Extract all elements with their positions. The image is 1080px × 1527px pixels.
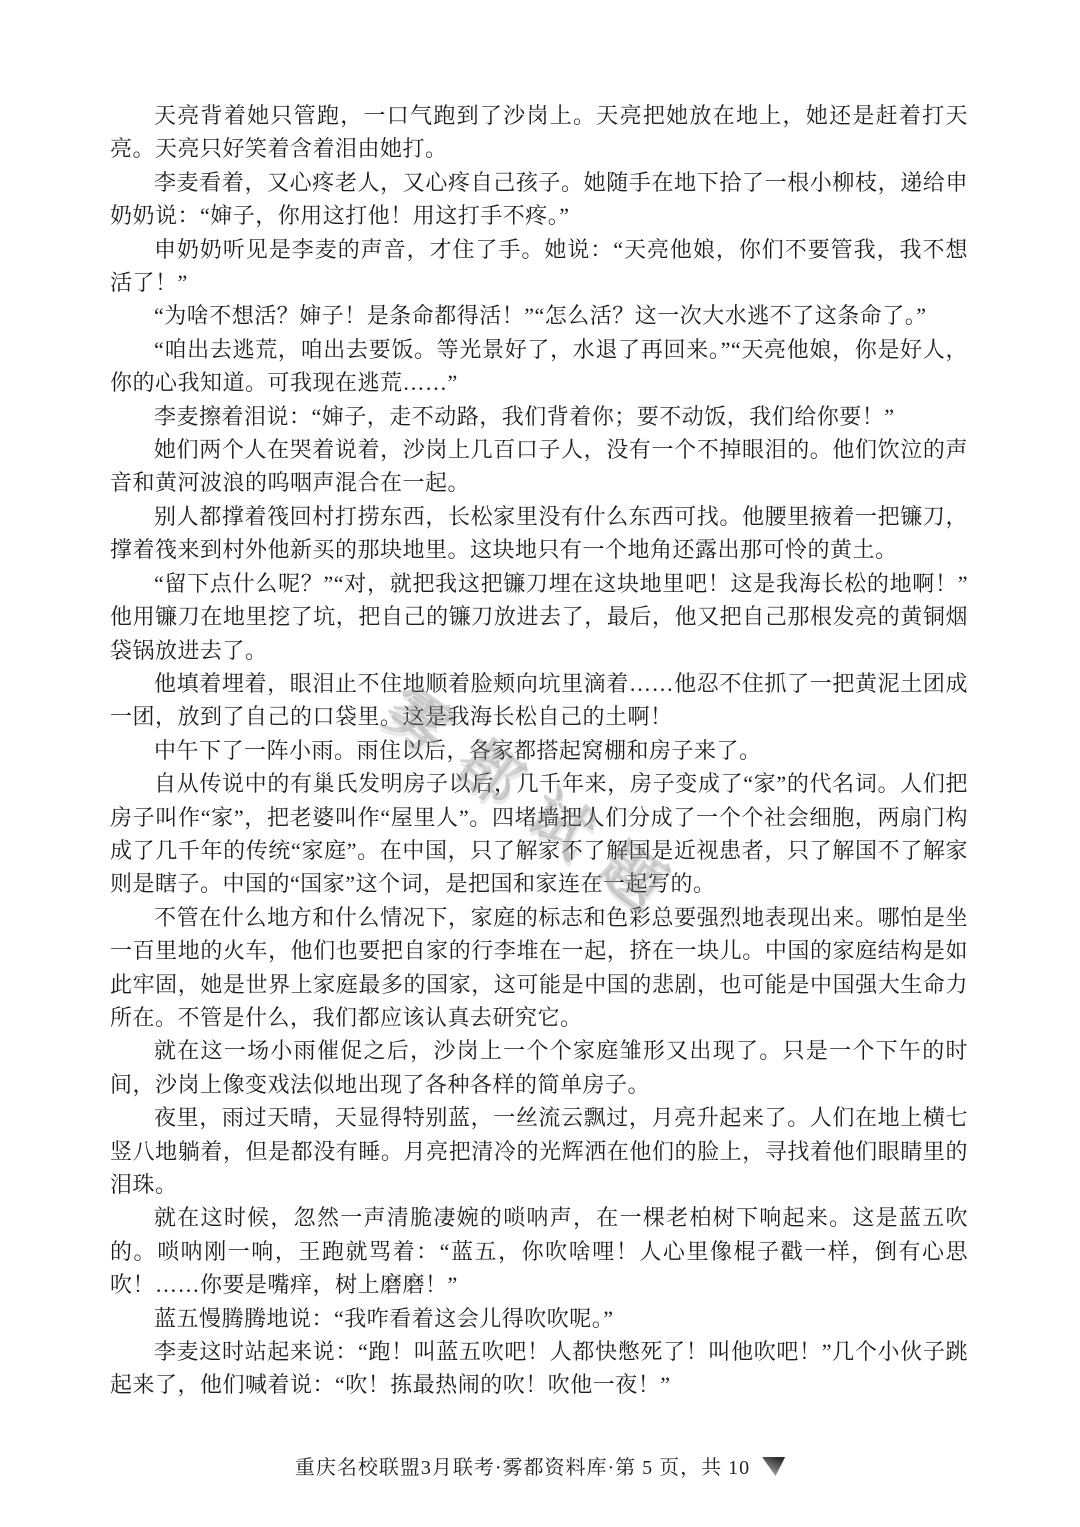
reading-passage: 天亮背着她只管跑，一口气跑到了沙岗上。天亮把她放在地上，她还是赶着打天亮。天亮只… <box>110 99 968 1402</box>
paragraph: 自从传说中的有巢氏发明房子以后，几千年来，房子变成了“家”的代名词。人们把房子叫… <box>110 767 968 901</box>
paragraph: 不管在什么地方和什么情况下，家庭的标志和色彩总要强烈地表现出来。哪怕是坐一百里地… <box>110 901 968 1035</box>
paragraph: 她们两个人在哭着说着，沙岗上几百口子人，没有一个不掉眼泪的。他们饮泣的声音和黄河… <box>110 433 968 500</box>
footer-text: 重庆名校联盟3月联考·雾都资料库·第 5 页，共 10 <box>295 1457 750 1479</box>
page-footer: 重庆名校联盟3月联考·雾都资料库·第 5 页，共 10 <box>0 1451 1080 1480</box>
paragraph: 夜里，雨过天晴，天显得特别蓝，一丝流云飘过，月亮升起来了。人们在地上横七竖八地躺… <box>110 1101 968 1201</box>
paragraph: 就在这一场小雨催促之后，沙岗上一个个家庭雏形又出现了。只是一个下午的时间，沙岗上… <box>110 1034 968 1101</box>
paragraph: 蓝五慢腾腾地说：“我咋看着这会儿得吹吹呢。” <box>110 1302 968 1335</box>
paragraph: “留下点什么呢？”“对，就把我这把镰刀埋在这块地里吧！这是我海长松的地啊！”他用… <box>110 567 968 667</box>
paragraph: 李麦看着，又心疼老人，又心疼自己孩子。她随手在地下拾了一根小柳枝，递给申奶奶说：… <box>110 166 968 233</box>
paragraph: 中午下了一阵小雨。雨住以后，各家都搭起窝棚和房子来了。 <box>110 734 968 767</box>
paragraph: 别人都撑着筏回村打捞东西，长松家里没有什么东西可找。他腰里掖着一把镰刀，撑着筏来… <box>110 500 968 567</box>
paragraph: 他填着埋着，眼泪止不住地顺着脸颊向坑里滴着……他忍不住抓了一把黄泥土团成一团，放… <box>110 667 968 734</box>
page-curl-icon <box>762 1457 785 1476</box>
paragraph: “为啥不想活？婶子！是条命都得活！”“怎么活？这一次大水逃不了这条命了。” <box>110 299 968 332</box>
exam-page: 雾都试题 天亮背着她只管跑，一口气跑到了沙岗上。天亮把她放在地上，她还是赶着打天… <box>0 0 1080 1527</box>
paragraph: 李麦擦着泪说：“婶子，走不动路，我们背着你；要不动饭，我们给你要！” <box>110 400 968 433</box>
paragraph: 申奶奶听见是李麦的声音，才住了手。她说：“天亮他娘，你们不要管我，我不想活了！” <box>110 233 968 300</box>
paragraph: “咱出去逃荒，咱出去要饭。等光景好了，水退了再回来。”“天亮他娘，你是好人，你的… <box>110 333 968 400</box>
paragraph: 天亮背着她只管跑，一口气跑到了沙岗上。天亮把她放在地上，她还是赶着打天亮。天亮只… <box>110 99 968 166</box>
paragraph: 就在这时候，忽然一声清脆凄婉的唢呐声，在一棵老柏树下响起来。这是蓝五吹的。唢呐刚… <box>110 1201 968 1301</box>
paragraph: 李麦这时站起来说：“跑！叫蓝五吹吧！人都快憋死了！叫他吹吧！”几个小伙子跳起来了… <box>110 1335 968 1402</box>
